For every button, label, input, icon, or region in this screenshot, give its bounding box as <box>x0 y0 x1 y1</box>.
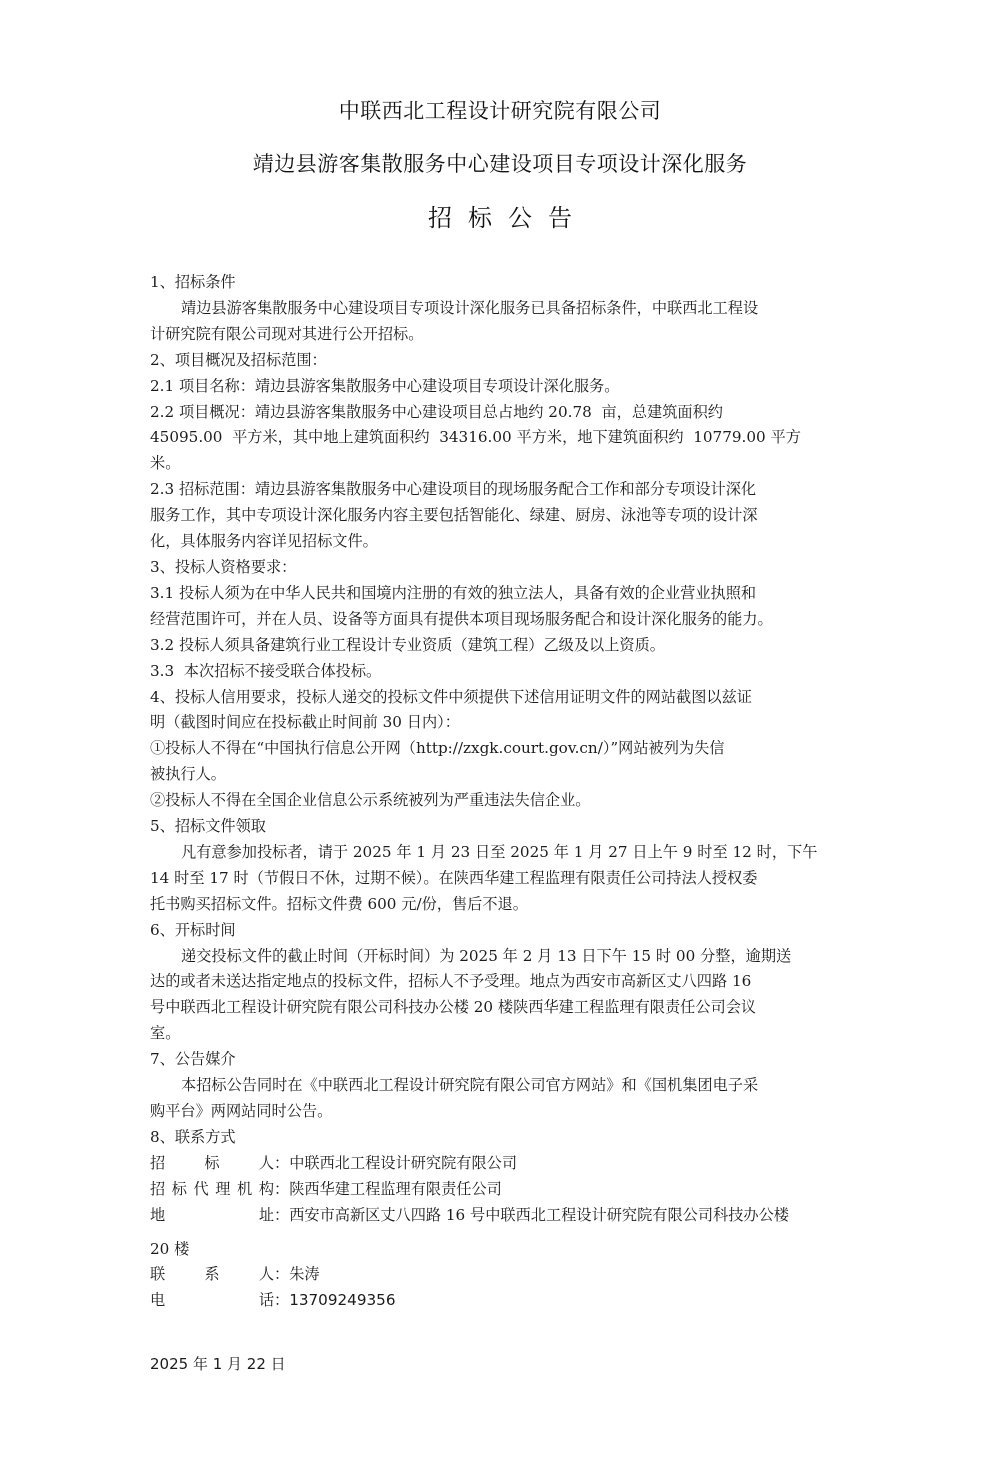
colon: ： <box>274 1151 289 1177</box>
qualification-item: 3.2 投标人须具备建筑行业工程设计专业资质（建筑工程）乙级及以上资质。 <box>150 633 850 659</box>
section-project-overview: 2、项目概况及招标范围： 2.1 项目名称：靖边县游客集散服务中心建设项目专项设… <box>150 348 850 555</box>
credit-item: 被执行人。 <box>150 762 850 788</box>
section-heading: 6、开标时间 <box>150 918 850 944</box>
section-announcement-media: 7、公告媒介 本招标公告同时在《中联西北工程设计研究院有限公司官方网站》和《国机… <box>150 1047 850 1125</box>
contact-label: 电话 <box>150 1288 274 1314</box>
project-overview-line: 45095.00 平方米，其中地上建筑面积约 34316.00 平方米，地下建筑… <box>150 425 850 451</box>
section-heading: 明（截图时间应在投标截止时间前 30 日内）： <box>150 710 850 736</box>
qualification-line: 3.1 投标人须为在中华人民共和国境内注册的有效的独立法人，具备有效的企业营业执… <box>150 581 850 607</box>
address-continuation: 20 楼 <box>150 1237 850 1263</box>
colon: ： <box>274 1177 289 1203</box>
company-title: 中联西北工程设计研究院有限公司 <box>0 96 1000 126</box>
section-document-collection: 5、招标文件领取 凡有意参加投标者，请于 2025 年 1 月 23 日至 20… <box>150 814 850 918</box>
credit-item: ②投标人不得在全国企业信息公示系统被列为严重违法失信企业。 <box>150 788 850 814</box>
credit-item: ①投标人不得在“中国执行信息公开网（http://zxgk.court.gov.… <box>150 736 850 762</box>
contact-row-address: 地址 ： 西安市高新区丈八四路 16 号中联西北工程设计研究院有限公司科技办公楼 <box>150 1203 850 1229</box>
contact-row-phone: 电话 ： 13709249356 <box>150 1288 850 1314</box>
bidding-scope-line: 化，具体服务内容详见招标文件。 <box>150 529 850 555</box>
contact-row-tenderer: 招标人 ： 中联西北工程设计研究院有限公司 <box>150 1151 850 1177</box>
bidding-scope-line: 服务工作，其中专项设计深化服务内容主要包括智能化、绿建、厨房、泳池等专项的设计深 <box>150 503 850 529</box>
contact-value: 陕西华建工程监理有限责任公司 <box>289 1177 502 1203</box>
contact-value: 西安市高新区丈八四路 16 号中联西北工程设计研究院有限公司科技办公楼 <box>289 1203 789 1229</box>
section-heading: 2、项目概况及招标范围： <box>150 348 850 374</box>
paragraph-line: 购平台》两网站同时公告。 <box>150 1099 850 1125</box>
paragraph-line: 计研究院有限公司现对其进行公开招标。 <box>150 322 850 348</box>
contact-label: 地址 <box>150 1203 274 1229</box>
colon: ： <box>274 1203 289 1229</box>
contact-label: 招标人 <box>150 1151 274 1177</box>
contact-value: 中联西北工程设计研究院有限公司 <box>289 1151 517 1177</box>
section-heading: 7、公告媒介 <box>150 1047 850 1073</box>
paragraph-line: 14 时至 17 时（节假日不休，过期不候）。在陕西华建工程监理有限责任公司持法… <box>150 866 850 892</box>
section-heading: 3、投标人资格要求： <box>150 555 850 581</box>
notice-date: 2025 年 1 月 22 日 <box>150 1352 286 1376</box>
qualification-line: 经营范围许可，并在人员、设备等方面具有提供本项目现场服务配合和设计深化服务的能力… <box>150 607 850 633</box>
paragraph-line: 托书购买招标文件。招标文件费 600 元/份，售后不退。 <box>150 892 850 918</box>
section-heading: 5、招标文件领取 <box>150 814 850 840</box>
document-page: 中联西北工程设计研究院有限公司 靖边县游客集散服务中心建设项目专项设计深化服务 … <box>0 0 1000 1473</box>
section-bid-opening: 6、开标时间 递交投标文件的截止时间（开标时间）为 2025 年 2 月 13 … <box>150 918 850 1048</box>
contact-person-name: 朱涛 <box>289 1262 319 1288</box>
section-heading: 1、招标条件 <box>150 270 850 296</box>
paragraph-line: 本招标公告同时在《中联西北工程设计研究院有限公司官方网站》和《国机集团电子采 <box>150 1073 850 1099</box>
notice-title: 招标公告 <box>0 201 1000 235</box>
spacer <box>150 1229 850 1237</box>
bidding-scope-line: 2.3 招标范围：靖边县游客集散服务中心建设项目的现场服务配合工作和部分专项设计… <box>150 477 850 503</box>
qualification-item: 3.3 本次招标不接受联合体投标。 <box>150 659 850 685</box>
contact-row-person: 联系人 ： 朱涛 <box>150 1262 850 1288</box>
paragraph-line: 递交投标文件的截止时间（开标时间）为 2025 年 2 月 13 日下午 15 … <box>150 944 850 970</box>
notice-body: 1、招标条件 靖边县游客集散服务中心建设项目专项设计深化服务已具备招标条件，中联… <box>150 270 850 1314</box>
section-credit-requirements: 4、投标人信用要求，投标人递交的投标文件中须提供下述信用证明文件的网站截图以兹证… <box>150 685 850 815</box>
contact-label: 联系人 <box>150 1262 274 1288</box>
project-title: 靖边县游客集散服务中心建设项目专项设计深化服务 <box>0 149 1000 179</box>
section-bidding-conditions: 1、招标条件 靖边县游客集散服务中心建设项目专项设计深化服务已具备招标条件，中联… <box>150 270 850 348</box>
phone-number: 13709249356 <box>289 1288 395 1314</box>
contact-row-agency: 招标代理机构 ： 陕西华建工程监理有限责任公司 <box>150 1177 850 1203</box>
section-heading: 4、投标人信用要求，投标人递交的投标文件中须提供下述信用证明文件的网站截图以兹证 <box>150 685 850 711</box>
project-name-item: 2.1 项目名称：靖边县游客集散服务中心建设项目专项设计深化服务。 <box>150 374 850 400</box>
paragraph-line: 达的或者未送达指定地点的投标文件，招标人不予受理。地点为西安市高新区丈八四路 1… <box>150 969 850 995</box>
colon: ： <box>274 1288 289 1314</box>
section-contact-info: 8、联系方式 招标人 ： 中联西北工程设计研究院有限公司 招标代理机构 ： 陕西… <box>150 1125 850 1314</box>
contact-label: 招标代理机构 <box>150 1177 274 1203</box>
project-overview-line: 2.2 项目概况：靖边县游客集散服务中心建设项目总占地约 20.78 亩，总建筑… <box>150 400 850 426</box>
section-bidder-qualifications: 3、投标人资格要求： 3.1 投标人须为在中华人民共和国境内注册的有效的独立法人… <box>150 555 850 685</box>
project-overview-line: 米。 <box>150 451 850 477</box>
paragraph-line: 号中联西北工程设计研究院有限公司科技办公楼 20 楼陕西华建工程监理有限责任公司… <box>150 995 850 1021</box>
paragraph-line: 靖边县游客集散服务中心建设项目专项设计深化服务已具备招标条件，中联西北工程设 <box>150 296 850 322</box>
paragraph-line: 凡有意参加投标者，请于 2025 年 1 月 23 日至 2025 年 1 月 … <box>150 840 850 866</box>
section-heading: 8、联系方式 <box>150 1125 850 1151</box>
paragraph-line: 室。 <box>150 1021 850 1047</box>
colon: ： <box>274 1262 289 1288</box>
